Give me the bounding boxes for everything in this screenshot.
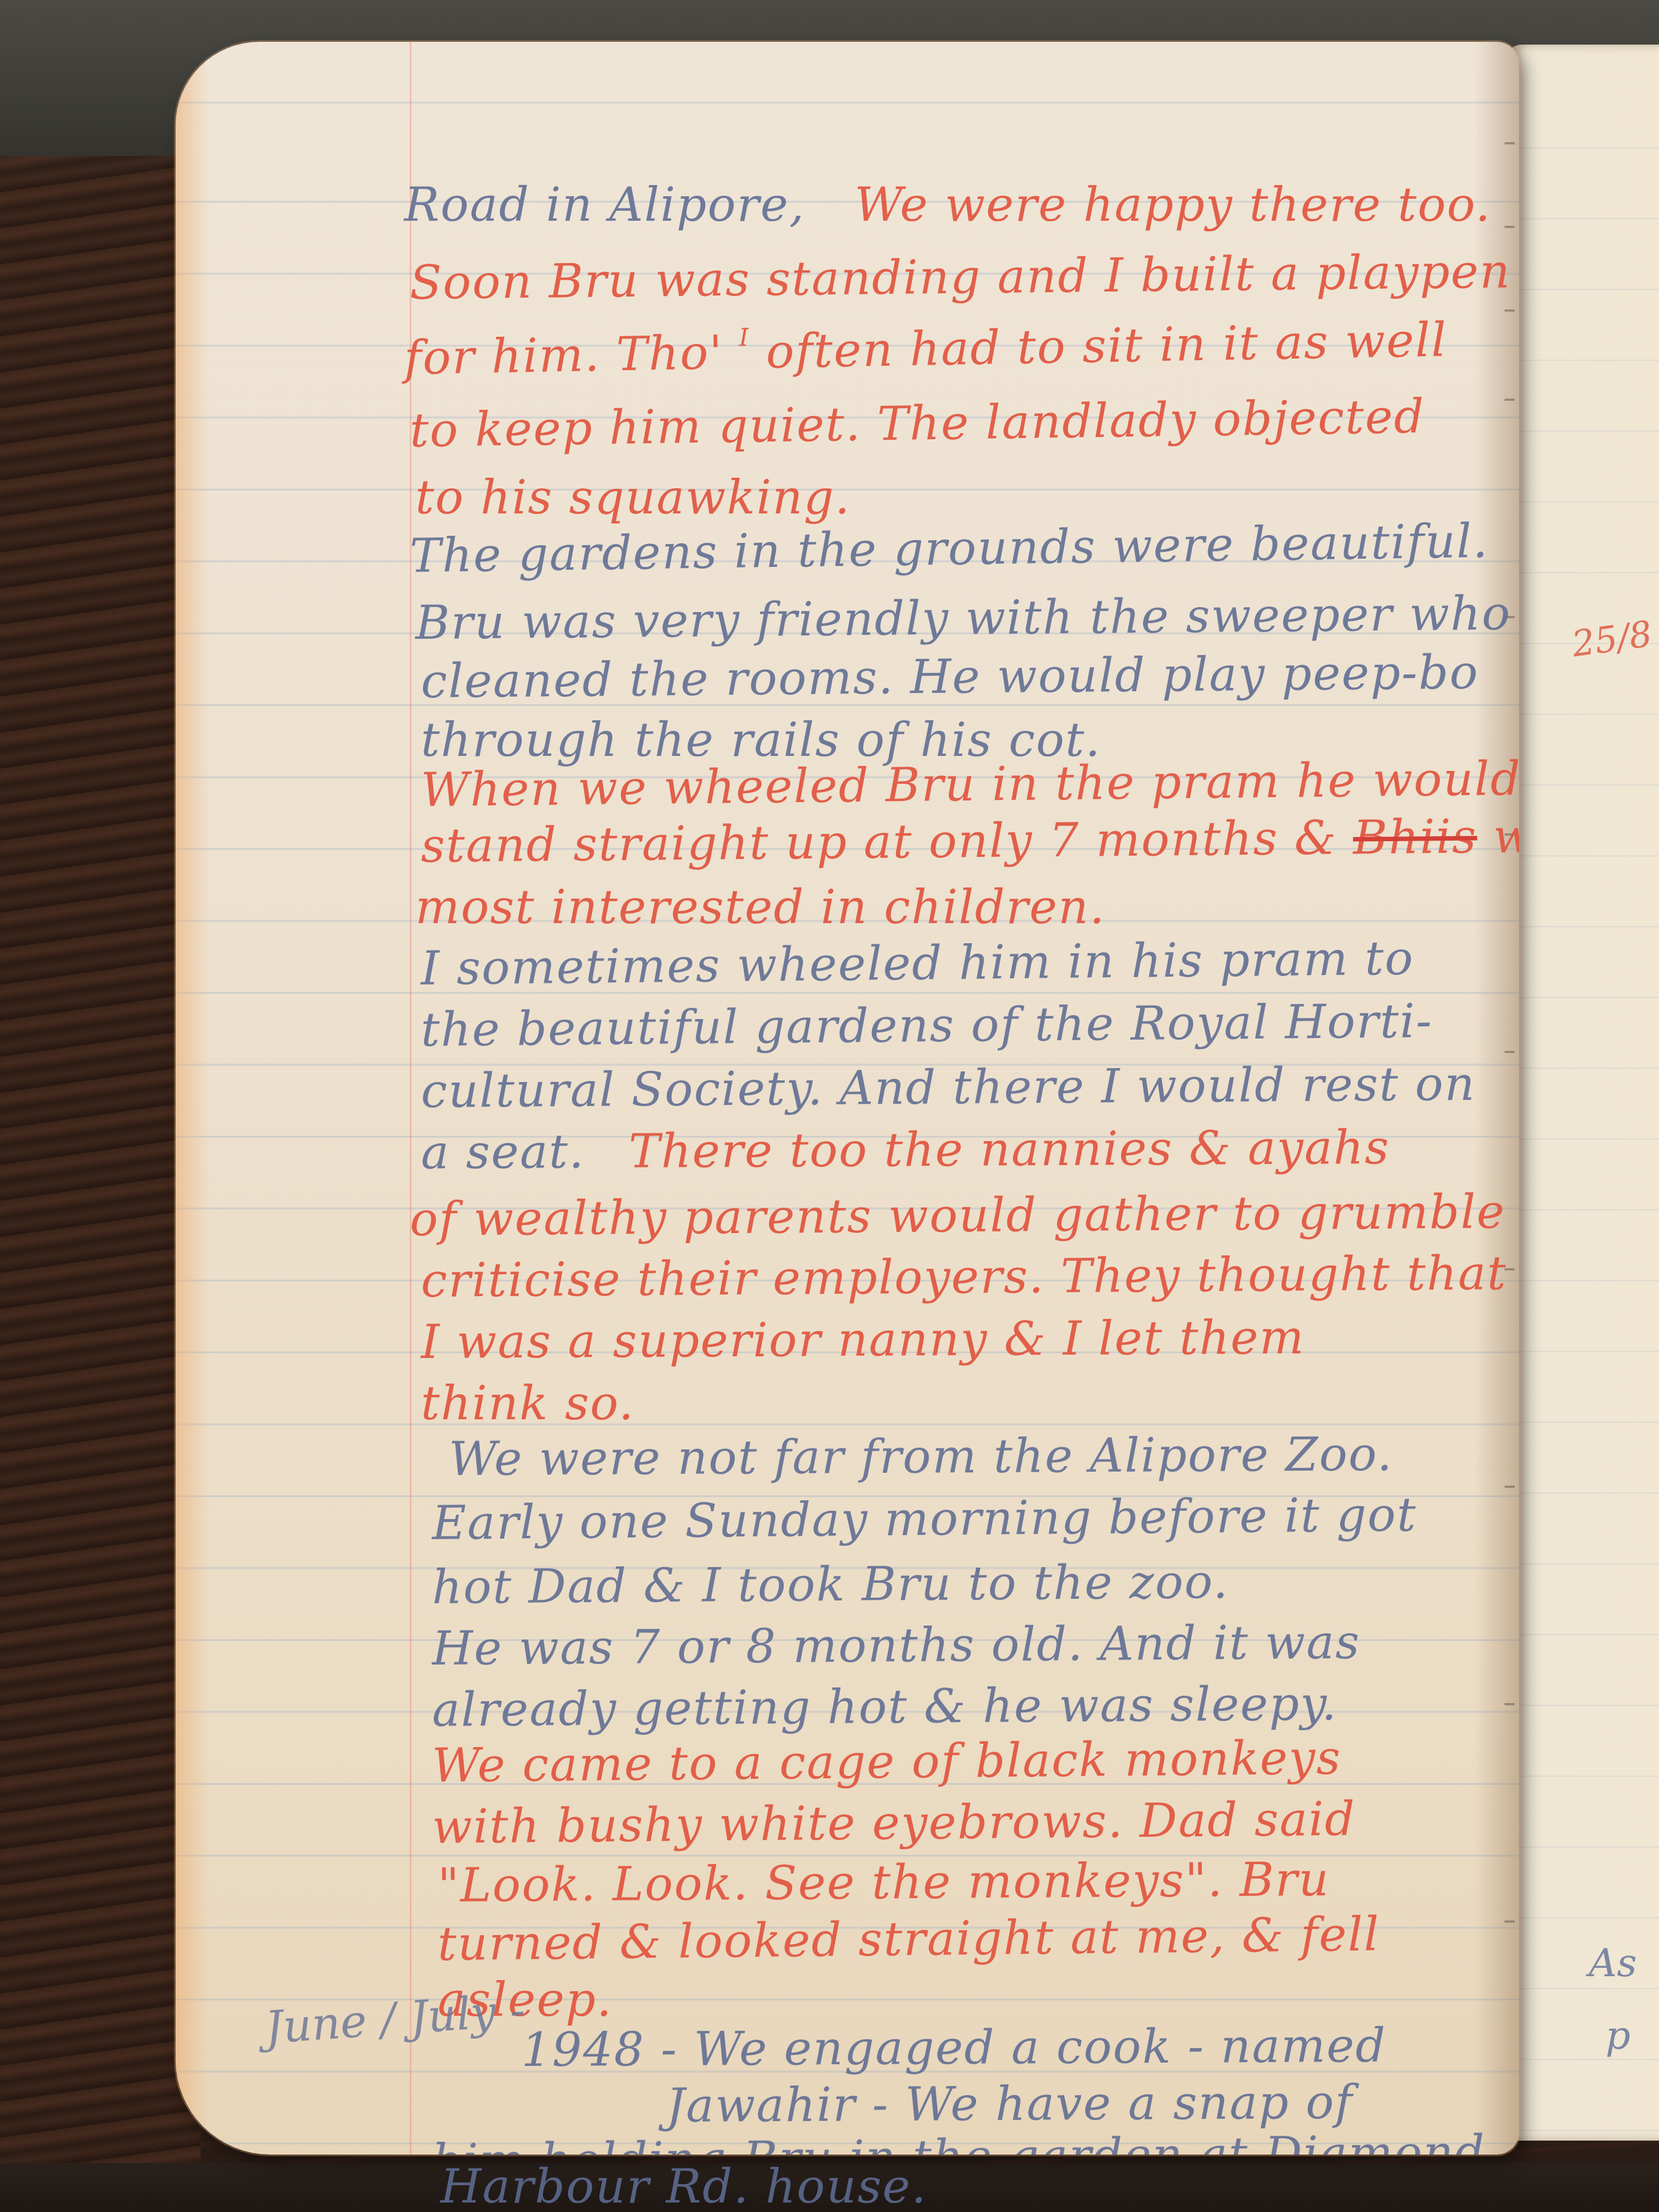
text-line: He was 7 or 8 months old. And it was	[432, 1618, 1361, 1672]
text-line: Bru was very friendly with the sweeper w…	[415, 590, 1511, 646]
struck-out-word: Bhiis	[1353, 809, 1478, 865]
text-red: There too the nannies & ayahs	[629, 1120, 1390, 1178]
text-line: We came to a cage of black monkeys	[432, 1734, 1342, 1789]
text-line: stand straight up at only 7 months & Bhi…	[421, 812, 1519, 869]
text-red: for him. Tho'	[404, 325, 724, 385]
handwritten-text: Road in Alipore, We were happy there too…	[176, 42, 1519, 2155]
text-line: The gardens in the grounds were beautifu…	[409, 517, 1488, 579]
facing-page-text-fragment: p	[1605, 2012, 1631, 2058]
text-red: was	[1493, 808, 1519, 864]
text-red: We were happy there too.	[855, 177, 1491, 232]
text-line: 1948 - We engaged a cook - named	[521, 2022, 1386, 2073]
text-line: When we wheeled Bru in the pram he would	[421, 755, 1519, 813]
text-blue: Road in Alipore,	[404, 177, 805, 232]
text-line: "Look. Look. See the monkeys". Bru	[438, 1856, 1330, 1909]
text-line: with bushy white eyebrows. Dad said	[432, 1796, 1356, 1850]
text-line: criticise their employers. They thought …	[421, 1249, 1507, 1304]
text-line: a seat. There too the nannies & ayahs	[421, 1124, 1390, 1176]
notebook-page: Road in Alipore, We were happy there too…	[176, 42, 1519, 2155]
text-line: of wealthy parents would gather to grumb…	[410, 1188, 1519, 1243]
text-line: Early one Sunday morning before it got	[432, 1491, 1417, 1546]
text-line: We were not far from the Alipore Zoo.	[449, 1430, 1393, 1482]
facing-page-text-fragment: As	[1589, 1940, 1637, 1986]
text-line: I was a superior nanny & I let them	[421, 1314, 1305, 1365]
text-line: to keep him quiet. The landlady objected	[409, 393, 1425, 454]
text-line: to his squawking.	[415, 474, 851, 521]
text-line: I sometimes wheeled him in his pram to	[421, 934, 1414, 992]
text-line: already getting hot & he was sleepy.	[432, 1680, 1338, 1733]
text-line: Road in Alipore, We were happy there too…	[404, 181, 1491, 228]
text-line: Soon Bru was standing and I built a play…	[410, 248, 1511, 306]
text-line: turned & looked straight at me, & fell	[438, 1910, 1380, 1967]
text-line: Jawahir - We have a snap of	[666, 2079, 1354, 2129]
inserted-word: I	[739, 323, 750, 352]
facing-page-rules	[1505, 45, 1659, 2141]
text-line: cultural Society. And there I would rest…	[421, 1060, 1476, 1114]
text-line: think so.	[421, 1380, 634, 1427]
text-red: stand straight up at only 7 months &	[421, 811, 1337, 873]
text-line: the beautiful gardens of the Royal Horti…	[421, 997, 1433, 1053]
text-line: hot Dad & I took Bru to the zoo.	[432, 1558, 1229, 1611]
text-blue: a seat.	[421, 1124, 585, 1180]
text-line-last: Harbour Rd. house.	[440, 2163, 928, 2210]
wooden-table-surface	[0, 156, 201, 2212]
text-line: him holding Bru in the garden at Diamond	[432, 2129, 1486, 2155]
facing-page: 25/8 As p	[1505, 45, 1659, 2141]
text-line: cleaned the rooms. He would play peep-bo	[421, 648, 1479, 705]
text-red: often had to sit in it as well	[765, 312, 1448, 379]
text-line: most interested in children.	[415, 884, 1105, 930]
text-line: for him. Tho' I often had to sit in it a…	[404, 313, 1448, 381]
